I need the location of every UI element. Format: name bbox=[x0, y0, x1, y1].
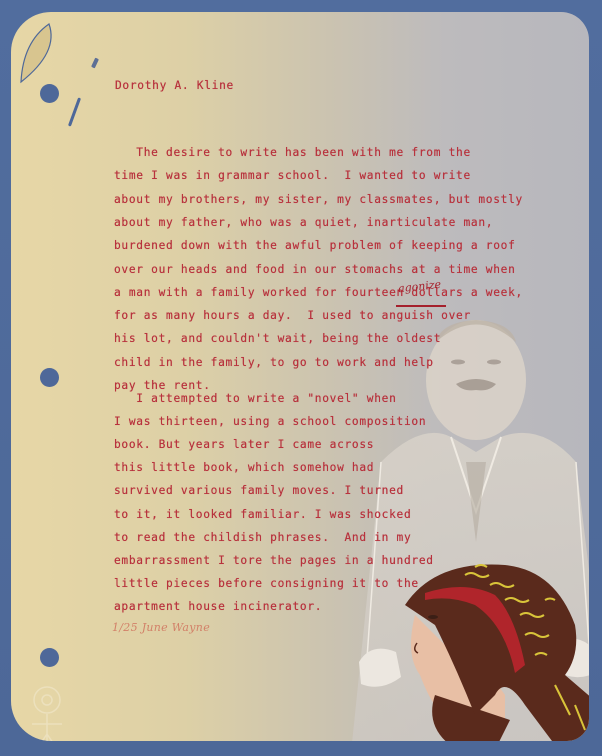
strikethrough-mark bbox=[396, 305, 446, 307]
typed-line: about my father, who was a quiet, inarti… bbox=[114, 216, 493, 229]
ink-slash-mark bbox=[68, 97, 81, 126]
typed-line: pay the rent. bbox=[114, 379, 211, 392]
typed-line: The desire to write has been with me fro… bbox=[114, 146, 471, 159]
author-name: Dorothy A. Kline bbox=[115, 79, 234, 92]
binder-hole-bottom bbox=[40, 648, 59, 667]
typed-line: I was thirteen, using a school compositi… bbox=[114, 415, 426, 428]
typed-line: I attempted to write a "novel" when bbox=[114, 392, 397, 405]
binder-hole-top bbox=[40, 84, 59, 103]
pin-mark bbox=[91, 58, 99, 69]
typed-line: about my brothers, my sister, my classma… bbox=[114, 193, 523, 206]
typed-line: time I was in grammar school. I wanted t… bbox=[114, 169, 471, 182]
typed-line: apartment house incinerator. bbox=[114, 600, 322, 613]
typed-line: over our heads and food in our stomachs … bbox=[114, 263, 516, 276]
typed-line: child in the family, to go to work and h… bbox=[114, 356, 434, 369]
typed-line: book. But years later I came across bbox=[114, 438, 374, 451]
typed-line: to read the childish phrases. And in my bbox=[114, 531, 411, 544]
typed-line: burdened down with the awful problem of … bbox=[114, 239, 516, 252]
typed-line: his lot, and couldn't wait, being the ol… bbox=[114, 332, 441, 345]
curled-corner bbox=[19, 22, 61, 84]
artist-signature: 1/25 June Wayne bbox=[112, 621, 210, 634]
typewritten-page bbox=[11, 12, 589, 741]
typed-line: to it, it looked familiar. I was shocked bbox=[114, 508, 411, 521]
typed-line: a man with a family worked for fourteen … bbox=[114, 286, 523, 299]
woman-in-hat-image bbox=[395, 555, 589, 741]
binder-hole-middle bbox=[40, 368, 59, 387]
typed-line: survived various family moves. I turned bbox=[114, 484, 404, 497]
typed-line: embarrassment I tore the pages in a hund… bbox=[114, 554, 434, 567]
typed-line: little pieces before consigning it to th… bbox=[114, 577, 419, 590]
blind-stamp-chop bbox=[27, 684, 67, 741]
typed-line: for as many hours a day. I used to angui… bbox=[114, 309, 471, 322]
typed-line: this little book, which somehow had bbox=[114, 461, 374, 474]
